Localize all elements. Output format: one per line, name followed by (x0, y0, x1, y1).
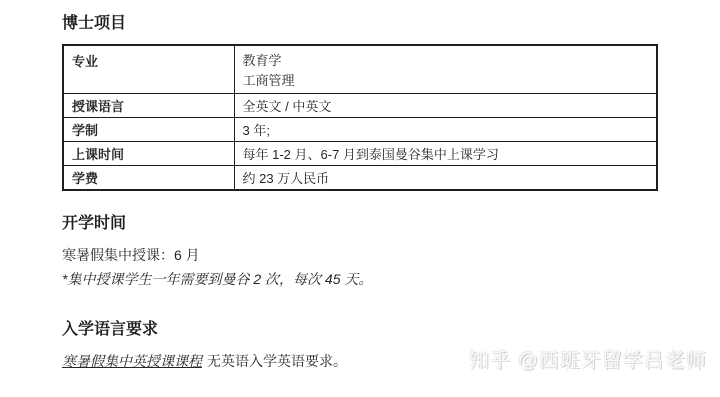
row-value: 3 年; (234, 118, 657, 142)
table-row: 授课语言 全英文 / 中英文 (63, 94, 657, 118)
row-value: 教育学 工商管理 (234, 45, 657, 94)
language-requirement-text: 无英语入学英语要求。 (207, 353, 347, 369)
row-label: 授课语言 (63, 94, 234, 118)
section-heading-start-time: 开学时间 (62, 214, 126, 234)
program-info-table: 专业 教育学 工商管理 授课语言 全英文 / 中英文 学制 3 年; 上课时间 … (62, 44, 658, 191)
start-time-note: *集中授课学生一年需要到曼谷 2 次，每次 45 天。 (62, 270, 372, 288)
zhihu-watermark: 知乎 @西班牙留学吕老师 (469, 349, 707, 373)
language-requirement-line: 寒暑假集中英授课课程无英语入学英语要求。 (62, 352, 347, 370)
row-label: 学费 (63, 166, 234, 191)
value-line: 工商管理 (243, 71, 649, 91)
start-time-line: 寒暑假集中授课：6 月 (62, 246, 200, 264)
section-heading-language-requirement: 入学语言要求 (62, 320, 158, 340)
row-value: 约 23 万人民币 (234, 166, 657, 191)
underlined-course-phrase: 寒暑假集中英授课课程 (62, 353, 207, 369)
row-value: 每年 1-2 月、6-7 月到泰国曼谷集中上课学习 (234, 142, 657, 166)
table-row: 学制 3 年; (63, 118, 657, 142)
page-title: 博士项目 (62, 13, 126, 35)
row-label: 上课时间 (63, 142, 234, 166)
table-row: 上课时间 每年 1-2 月、6-7 月到泰国曼谷集中上课学习 (63, 142, 657, 166)
table-row: 学费 约 23 万人民币 (63, 166, 657, 191)
row-label: 专业 (63, 45, 234, 94)
row-value: 全英文 / 中英文 (234, 94, 657, 118)
document-page: 博士项目 专业 教育学 工商管理 授课语言 全英文 / 中英文 学制 3 年; … (0, 0, 720, 397)
row-label: 学制 (63, 118, 234, 142)
table-row: 专业 教育学 工商管理 (63, 45, 657, 94)
value-line: 教育学 (243, 51, 649, 71)
